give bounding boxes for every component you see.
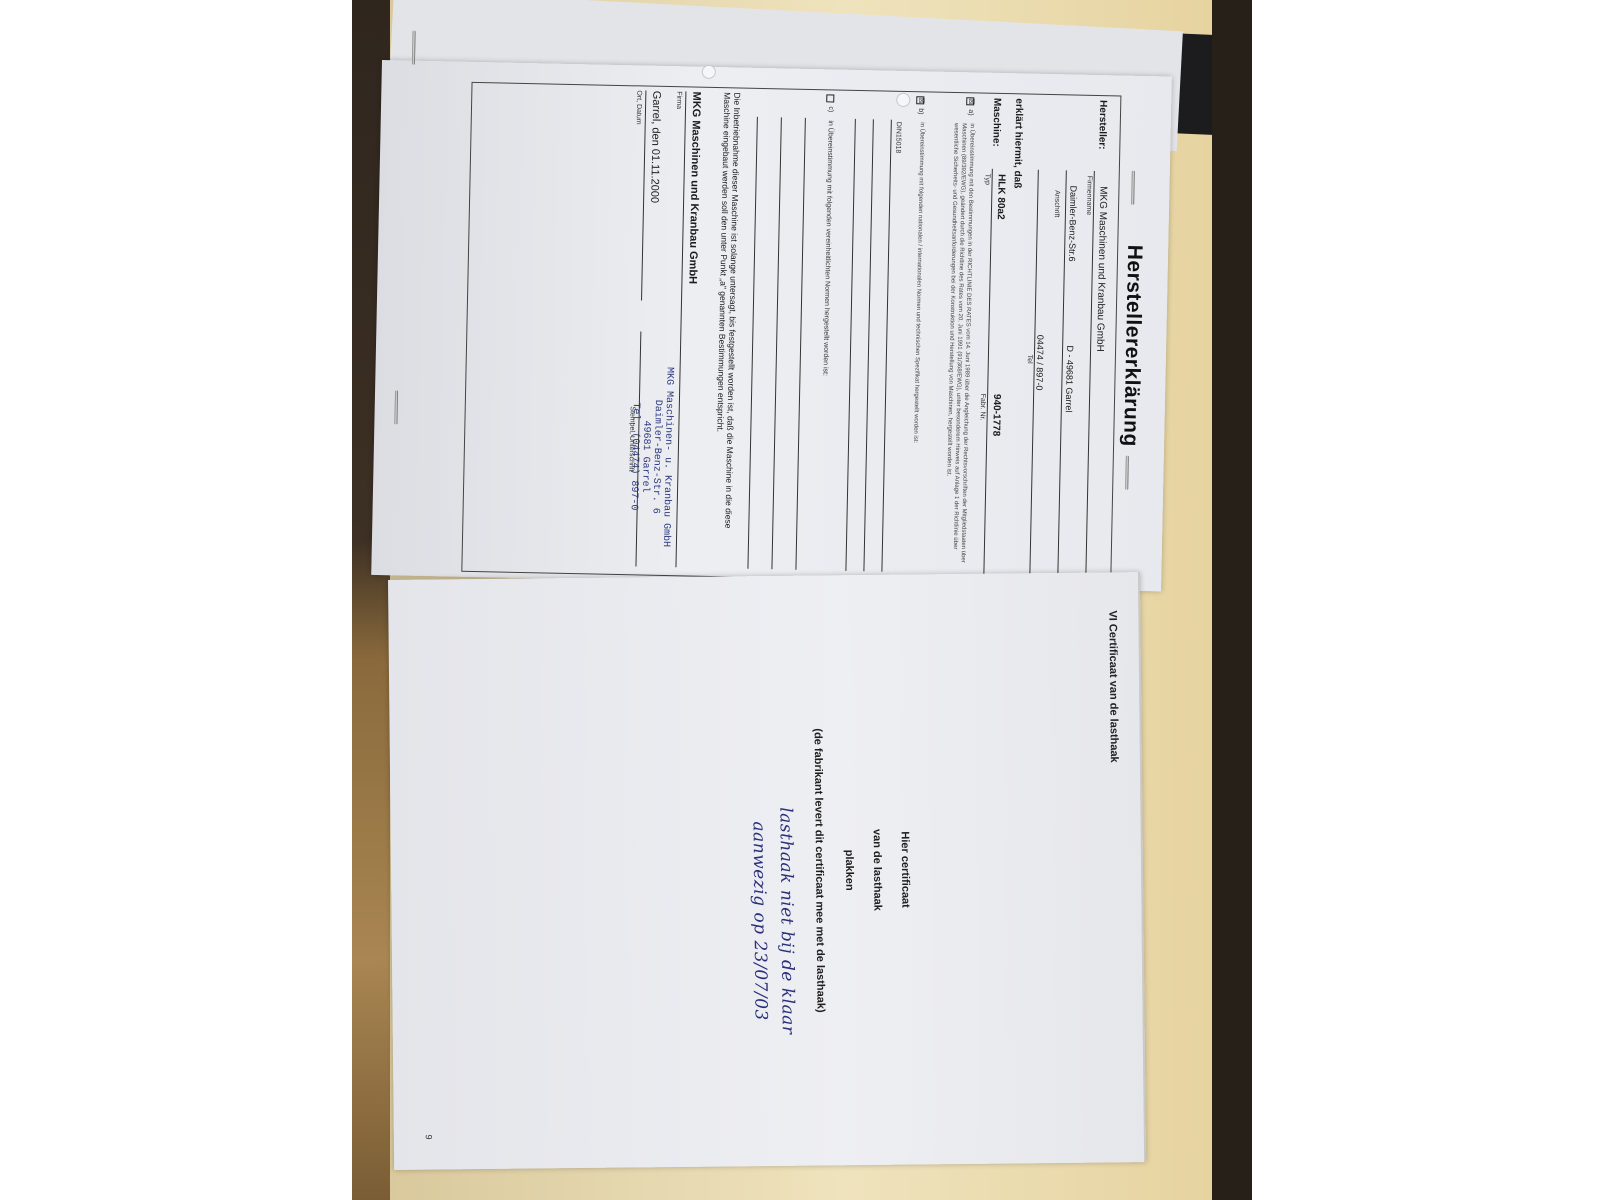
photo-scene: Herstellererklärung Hersteller: MKG Masc… <box>352 0 1252 1200</box>
phone: 04474 / 897-0 <box>1034 335 1045 391</box>
stamp-caption: Stempel, Unterschrift <box>627 406 635 471</box>
handwritten-note: lasthaak niet bij de klaar <box>774 686 799 1156</box>
punch-hole <box>702 65 716 79</box>
form-title: Herstellererklärung <box>1115 96 1149 596</box>
form-frame: Hersteller: MKG Maschinen und Kranbau Gm… <box>461 82 1121 586</box>
address-caption: Anschrift <box>1053 190 1061 217</box>
rule <box>675 91 686 567</box>
place-date-caption: Ort, Datum <box>635 90 643 124</box>
rule <box>747 117 757 569</box>
placeholder-line: Hier certificaat <box>896 585 914 1155</box>
handwritten-note: aanwezig op 23/07/03 <box>747 686 772 1156</box>
manufacturer-label: Hersteller: <box>1096 100 1108 150</box>
option-c-letter: c) <box>827 106 834 112</box>
placeholder-line: plakken <box>840 585 858 1155</box>
option-b-letter: b) <box>917 108 924 114</box>
declaration-page: Herstellererklärung Hersteller: MKG Masc… <box>371 60 1172 591</box>
rule <box>641 91 646 301</box>
dark-right-edge <box>1212 0 1252 1200</box>
street: Daimler-Benz-Str.6 <box>1067 185 1079 261</box>
rule <box>845 119 855 571</box>
notice-text: Die Inbetriebnahme dieser Maschine ist s… <box>713 92 743 562</box>
manufacturer-note: (de fabrikant levert dit certificaat mee… <box>810 585 828 1155</box>
staple <box>394 390 398 424</box>
placeholder-line: van de lasthaak <box>868 585 886 1155</box>
company-caption: Firma <box>675 91 682 109</box>
declares-text: erklärt hiermit, daß <box>1011 98 1024 188</box>
serial-caption: Fabr. Nr. <box>979 394 987 421</box>
option-a-letter: a) <box>967 109 974 115</box>
rule <box>863 119 873 571</box>
declaration-form: Herstellererklärung Hersteller: MKG Masc… <box>441 81 1151 596</box>
checkbox-b[interactable]: ☒ <box>916 96 924 104</box>
rule <box>771 117 781 569</box>
page-number: 9 <box>424 1135 434 1140</box>
machine-label: Maschine: <box>990 98 1002 147</box>
option-c-text: in Übereinstimmung mit folgenden vereinh… <box>821 120 833 376</box>
firm-name-caption: Firmenname <box>1085 176 1093 215</box>
rule <box>983 169 992 574</box>
machine-type: HLK 80a2 <box>995 174 1007 220</box>
certificate-page: VI Certificaat van de lasthaak Hier cert… <box>388 572 1146 1170</box>
firm-name: MKG Maschinen und Kranbau GmbH <box>1094 186 1108 352</box>
rule <box>1085 171 1094 576</box>
postal-city: D - 49681 Garrel <box>1064 345 1075 412</box>
rule <box>881 120 891 572</box>
serial-number: 940-1778 <box>990 394 1002 436</box>
norm-din: DIN15018 <box>894 122 902 154</box>
checkbox-a[interactable]: ☒ <box>966 97 974 105</box>
section-title: VI Certificaat van de lasthaak <box>1106 610 1120 762</box>
rule <box>795 118 805 570</box>
certificate-content: VI Certificaat van de lasthaak Hier cert… <box>418 582 1124 1159</box>
option-b-text: in Übereinstimmung mit folgenden nationa… <box>908 122 926 577</box>
phone-caption: Tel <box>1026 355 1033 364</box>
checkbox-c[interactable] <box>826 94 834 102</box>
place-date: Garrel, den 01.11.2000 <box>648 91 662 204</box>
type-caption: Typ <box>984 174 991 185</box>
company-signed: MKG Maschinen und Kranbau GmbH <box>686 91 702 284</box>
option-a-text: in Übereinstimmung mit den Bestimmungen … <box>942 123 976 578</box>
